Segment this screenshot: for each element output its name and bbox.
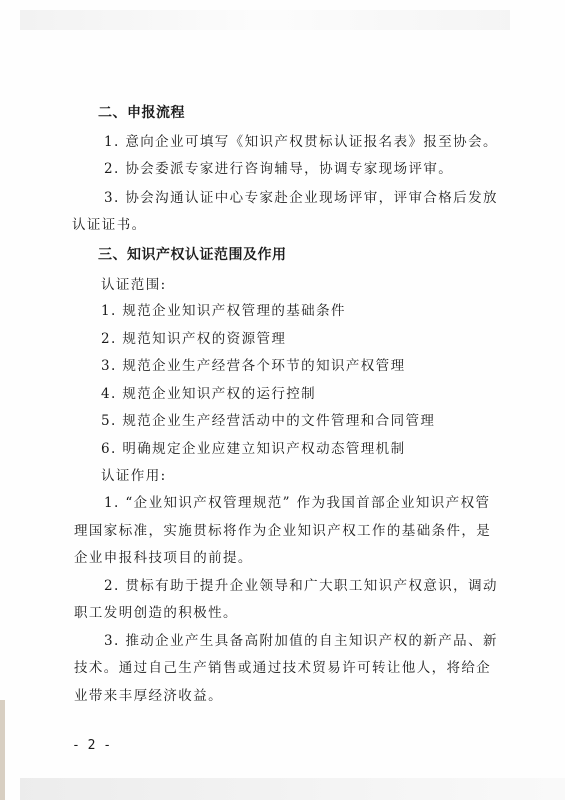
scope-label: 认证范围: [101,276,167,294]
scope-item-4: 4. 规范企业知识产权的运行控制 [101,385,316,403]
effect-line-4: 2. 贯标有助于提升企业领导和广大职工知识产权意识，调动 [104,577,498,595]
effect-line-3: 企业申报科技项目的前提。 [74,549,253,567]
process-step-2: 2. 协会委派专家进行咨询辅导，协调专家现场评审。 [104,160,453,178]
effect-label: 认证作用: [101,467,167,485]
scope-item-1: 1. 规范企业知识产权管理的基础条件 [101,302,346,320]
process-step-3-cont: 认证证书。 [72,216,147,234]
document-page: 二、申报流程 1. 意向企业可填写《知识产权贯标认证报名表》报至协会。 2. 协… [0,0,565,800]
scope-item-3: 3. 规范企业生产经营各个环节的知识产权管理 [101,357,405,375]
scope-item-2: 2. 规范知识产权的资源管理 [101,330,286,348]
effect-line-1: 1. “企业知识产权管理规范” 作为我国首部企业知识产权管 [104,494,490,512]
scope-item-6: 6. 明确规定企业应建立知识产权动态管理机制 [101,440,405,458]
effect-line-2: 理国家标准，实施贯标将作为企业知识产权工作的基础条件，是 [74,522,491,540]
effect-line-8: 业带来丰厚经济收益。 [74,687,223,705]
process-step-1: 1. 意向企业可填写《知识产权贯标认证报名表》报至协会。 [104,133,498,151]
section-heading-scope-and-effect: 三、知识产权认证范围及作用 [98,246,287,264]
effect-line-7: 技术。通过自己生产销售或通过技术贸易许可转让他人，将给企 [74,659,491,677]
section-heading-application-process: 二、申报流程 [98,104,185,122]
scan-edge [0,700,5,800]
scope-item-5: 5. 规范企业生产经营活动中的文件管理和合同管理 [101,412,435,430]
page-number: - 2 - [72,738,111,753]
process-step-3: 3. 协会沟通认证中心专家赴企业现场评审，评审合格后发放 [104,189,498,207]
scan-artifact-top [20,10,510,30]
effect-line-5: 职工发明创造的积极性。 [74,604,238,622]
effect-line-6: 3. 推动企业产生具备高附加值的自主知识产权的新产品、新 [104,632,498,650]
scan-artifact-bottom [20,778,565,800]
